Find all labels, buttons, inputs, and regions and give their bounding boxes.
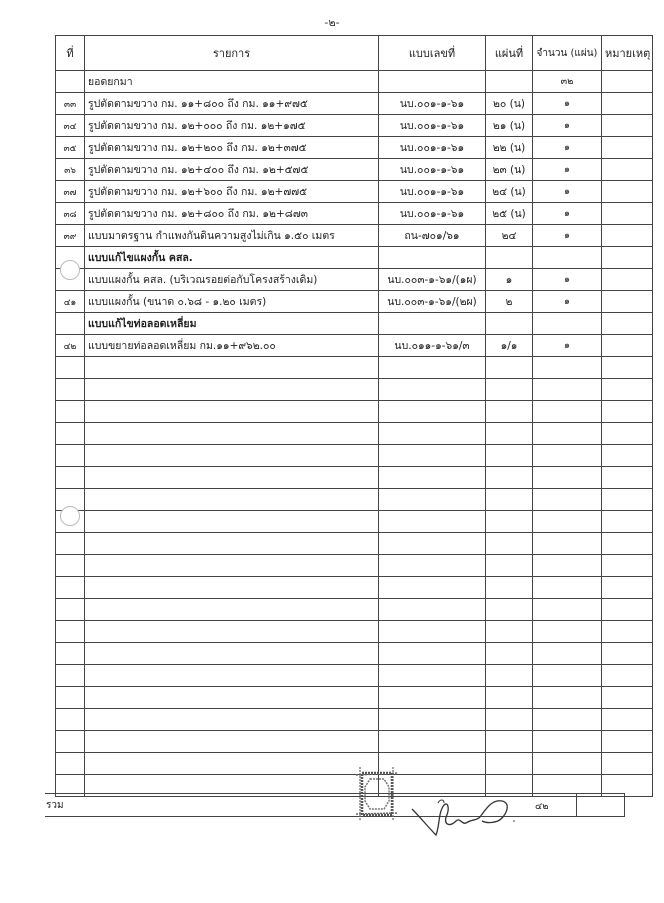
row-no: ๔๑ (56, 291, 85, 313)
blank-row (56, 555, 653, 577)
row-no: ๓๖ (56, 159, 85, 181)
row-quantity: ๑ (533, 203, 602, 225)
row-no: ๓๘ (56, 203, 85, 225)
blank-cell (602, 709, 653, 731)
blank-cell (486, 489, 533, 511)
blank-cell (486, 753, 533, 775)
signature (410, 795, 520, 840)
blank-cell (533, 467, 602, 489)
blank-cell (486, 599, 533, 621)
header-no: ที่ (56, 36, 85, 71)
row-quantity: ๑ (533, 335, 602, 357)
table-body: ยอดยกมา๓๒๓๓รูปตัดตามขวาง กม. ๑๑+๘๐๐ ถึง … (56, 71, 653, 797)
blank-cell (56, 731, 85, 753)
row-no: ๔๒ (56, 335, 85, 357)
row-remark (602, 93, 653, 115)
row-sheet-no (486, 71, 533, 93)
blank-cell (56, 467, 85, 489)
blank-row (56, 731, 653, 753)
row-sheet-no: ๒๔ (น) (486, 181, 533, 203)
blank-cell (602, 511, 653, 533)
row-plan-no (379, 71, 486, 93)
row-item: รูปตัดตามขวาง กม. ๑๑+๘๐๐ ถึง กม. ๑๑+๙๗๕ (85, 93, 379, 115)
row-sheet-no (486, 313, 533, 335)
blank-cell (486, 731, 533, 753)
blank-cell (85, 533, 379, 555)
blank-cell (379, 511, 486, 533)
blank-cell (486, 467, 533, 489)
blank-cell (533, 533, 602, 555)
blank-cell (379, 467, 486, 489)
blank-cell (602, 467, 653, 489)
row-sheet-no: ๑/๑ (486, 335, 533, 357)
blank-cell (486, 687, 533, 709)
blank-row (56, 599, 653, 621)
blank-cell (85, 445, 379, 467)
blank-cell (602, 423, 653, 445)
blank-cell (533, 687, 602, 709)
row-quantity (533, 313, 602, 335)
blank-cell (56, 533, 85, 555)
blank-cell (379, 709, 486, 731)
row-quantity: ๑ (533, 269, 602, 291)
row-item: ยอดยกมา (85, 71, 379, 93)
blank-cell (533, 577, 602, 599)
total-divider (624, 794, 625, 816)
blank-cell (533, 511, 602, 533)
blank-cell (602, 643, 653, 665)
blank-cell (533, 379, 602, 401)
row-plan-no: นบ.๐๐๑-๑-๖๑ (379, 93, 486, 115)
row-item: แบบแก้ไขแผงกั้น คสล. (85, 247, 379, 269)
blank-cell (533, 665, 602, 687)
row-quantity: ๓๒ (533, 71, 602, 93)
blank-cell (379, 731, 486, 753)
row-quantity: ๑ (533, 181, 602, 203)
blank-row (56, 445, 653, 467)
row-plan-no: นบ.๐๐๑-๑-๖๑ (379, 203, 486, 225)
row-remark (602, 203, 653, 225)
blank-row (56, 643, 653, 665)
blank-cell (85, 511, 379, 533)
row-plan-no: นบ.๐๐๑-๑-๖๑ (379, 159, 486, 181)
row-no: ๓๔ (56, 115, 85, 137)
total-label: รวม (46, 798, 64, 813)
blank-cell (379, 423, 486, 445)
blank-cell (533, 621, 602, 643)
blank-cell (602, 401, 653, 423)
blank-cell (56, 555, 85, 577)
blank-cell (379, 577, 486, 599)
blank-cell (379, 357, 486, 379)
blank-cell (533, 643, 602, 665)
table-row: ๓๓รูปตัดตามขวาง กม. ๑๑+๘๐๐ ถึง กม. ๑๑+๙๗… (56, 93, 653, 115)
blank-cell (379, 445, 486, 467)
row-remark (602, 247, 653, 269)
blank-row (56, 665, 653, 687)
row-plan-no (379, 313, 486, 335)
row-remark (602, 159, 653, 181)
row-item: แบบแก้ไขท่อลอดเหลี่ยม (85, 313, 379, 335)
row-remark (602, 71, 653, 93)
row-no (56, 313, 85, 335)
row-no: ๓๕ (56, 137, 85, 159)
blank-row (56, 379, 653, 401)
blank-cell (56, 423, 85, 445)
row-sheet-no: ๒ (486, 291, 533, 313)
blank-cell (56, 357, 85, 379)
blank-cell (533, 753, 602, 775)
blank-cell (486, 577, 533, 599)
blank-cell (533, 555, 602, 577)
header-sheet-no: แผ่นที่ (486, 36, 533, 71)
official-stamp-icon (356, 767, 398, 821)
blank-cell (56, 621, 85, 643)
blank-cell (85, 643, 379, 665)
table-header-row: ที่ รายการ แบบเลขที่ แผ่นที่ จำนวน (แผ่น… (56, 36, 653, 71)
blank-cell (85, 621, 379, 643)
blank-cell (486, 621, 533, 643)
row-item: รูปตัดตามขวาง กม. ๑๒+๐๐๐ ถึง กม. ๑๒+๑๗๕ (85, 115, 379, 137)
row-remark (602, 115, 653, 137)
blank-cell (85, 709, 379, 731)
table-row: ๓๗รูปตัดตามขวาง กม. ๑๒+๖๐๐ ถึง กม. ๑๒+๗๗… (56, 181, 653, 203)
blank-cell (533, 445, 602, 467)
blank-row (56, 423, 653, 445)
row-quantity: ๑ (533, 159, 602, 181)
blank-row (56, 621, 653, 643)
blank-cell (602, 577, 653, 599)
row-item: รูปตัดตามขวาง กม. ๑๒+๔๐๐ ถึง กม. ๑๒+๕๗๕ (85, 159, 379, 181)
blank-cell (379, 533, 486, 555)
blank-cell (85, 555, 379, 577)
blank-row (56, 709, 653, 731)
blank-row (56, 753, 653, 775)
punch-hole (60, 260, 80, 280)
row-sheet-no: ๒๔ (486, 225, 533, 247)
blank-cell (56, 577, 85, 599)
blank-cell (379, 643, 486, 665)
blank-cell (533, 731, 602, 753)
row-plan-no: นบ.๐๐๑-๑-๖๑ (379, 115, 486, 137)
blank-cell (486, 555, 533, 577)
row-item: รูปตัดตามขวาง กม. ๑๒+๘๐๐ ถึง กม. ๑๒+๘๗๓ (85, 203, 379, 225)
row-quantity: ๑ (533, 137, 602, 159)
row-sheet-no: ๒๕ (น) (486, 203, 533, 225)
blank-cell (486, 511, 533, 533)
row-item: แบบแผงกั้น คสล. (บริเวณรอยต่อกับโครงสร้า… (85, 269, 379, 291)
blank-cell (85, 599, 379, 621)
blank-cell (85, 489, 379, 511)
blank-cell (486, 533, 533, 555)
blank-row (56, 401, 653, 423)
blank-row (56, 533, 653, 555)
blank-cell (533, 599, 602, 621)
punch-hole (60, 506, 80, 526)
section-row: แบบแก้ไขแผงกั้น คสล. (56, 247, 653, 269)
blank-cell (533, 709, 602, 731)
blank-cell (85, 379, 379, 401)
blank-cell (85, 665, 379, 687)
row-quantity (533, 247, 602, 269)
blank-cell (602, 379, 653, 401)
blank-cell (533, 357, 602, 379)
blank-cell (379, 665, 486, 687)
row-item: แบบแผงกั้น (ขนาด ๐.๖๘ - ๑.๒๐ เมตร) (85, 291, 379, 313)
row-sheet-no: ๒๓ (น) (486, 159, 533, 181)
row-item: แบบขยายท่อลอดเหลี่ยม กม.๑๑+๙๖๒.๐๐ (85, 335, 379, 357)
blank-cell (56, 753, 85, 775)
table-row: ๓๕รูปตัดตามขวาง กม. ๑๒+๒๐๐ ถึง กม. ๑๒+๓๗… (56, 137, 653, 159)
row-no (56, 71, 85, 93)
drawing-list-table: ที่ รายการ แบบเลขที่ แผ่นที่ จำนวน (แผ่น… (55, 35, 653, 797)
blank-cell (602, 533, 653, 555)
table-row: ๓๖รูปตัดตามขวาง กม. ๑๒+๔๐๐ ถึง กม. ๑๒+๕๗… (56, 159, 653, 181)
row-remark (602, 291, 653, 313)
blank-cell (602, 357, 653, 379)
blank-cell (85, 357, 379, 379)
total-divider (576, 794, 577, 816)
blank-cell (85, 731, 379, 753)
blank-cell (602, 489, 653, 511)
blank-cell (56, 665, 85, 687)
blank-cell (486, 357, 533, 379)
blank-cell (533, 423, 602, 445)
row-remark (602, 225, 653, 247)
blank-cell (85, 687, 379, 709)
blank-row (56, 511, 653, 533)
row-quantity: ๑ (533, 225, 602, 247)
row-plan-no: นบ.๐๑๑-๑-๖๑/๓ (379, 335, 486, 357)
blank-cell (602, 621, 653, 643)
blank-cell (56, 643, 85, 665)
header-remark: หมายเหตุ (602, 36, 653, 71)
blank-cell (85, 467, 379, 489)
section-row: แบบแก้ไขท่อลอดเหลี่ยม (56, 313, 653, 335)
table-row: ยอดยกมา๓๒ (56, 71, 653, 93)
blank-row (56, 467, 653, 489)
table-row: ๔๒แบบขยายท่อลอดเหลี่ยม กม.๑๑+๙๖๒.๐๐นบ.๐๑… (56, 335, 653, 357)
blank-row (56, 687, 653, 709)
blank-cell (602, 731, 653, 753)
row-remark (602, 313, 653, 335)
blank-cell (602, 687, 653, 709)
row-remark (602, 181, 653, 203)
row-quantity: ๑ (533, 115, 602, 137)
row-no: ๓๓ (56, 93, 85, 115)
row-quantity: ๑ (533, 93, 602, 115)
row-sheet-no (486, 247, 533, 269)
row-no: ๓๙ (56, 225, 85, 247)
blank-cell (379, 489, 486, 511)
blank-cell (602, 665, 653, 687)
blank-row (56, 577, 653, 599)
blank-cell (56, 401, 85, 423)
header-plan-no: แบบเลขที่ (379, 36, 486, 71)
table-row: แบบแผงกั้น คสล. (บริเวณรอยต่อกับโครงสร้า… (56, 269, 653, 291)
row-item: รูปตัดตามขวาง กม. ๑๒+๒๐๐ ถึง กม. ๑๒+๓๗๕ (85, 137, 379, 159)
blank-cell (85, 577, 379, 599)
table-row: ๓๘รูปตัดตามขวาง กม. ๑๒+๘๐๐ ถึง กม. ๑๒+๘๗… (56, 203, 653, 225)
row-sheet-no: ๑ (486, 269, 533, 291)
row-sheet-no: ๒๒ (น) (486, 137, 533, 159)
row-plan-no: ถน-๗๐๑/๖๑ (379, 225, 486, 247)
row-quantity: ๑ (533, 291, 602, 313)
blank-cell (602, 753, 653, 775)
blank-cell (602, 445, 653, 467)
row-no: ๓๗ (56, 181, 85, 203)
row-plan-no (379, 247, 486, 269)
blank-cell (602, 599, 653, 621)
blank-cell (56, 599, 85, 621)
row-item: แบบมาตรฐาน กำแพงกันดินความสูงไม่เกิน ๑.๕… (85, 225, 379, 247)
blank-cell (56, 445, 85, 467)
row-plan-no: นบ.๐๐๓-๑-๖๑/(๒ผ) (379, 291, 486, 313)
row-item: รูปตัดตามขวาง กม. ๑๒+๖๐๐ ถึง กม. ๑๒+๗๗๕ (85, 181, 379, 203)
blank-cell (602, 555, 653, 577)
blank-row (56, 489, 653, 511)
blank-cell (379, 555, 486, 577)
blank-cell (379, 599, 486, 621)
blank-cell (56, 709, 85, 731)
total-row: รวม ๔๒ (45, 793, 625, 817)
row-remark (602, 335, 653, 357)
page-number: -๒- (0, 13, 664, 31)
total-quantity: ๔๒ (535, 799, 548, 814)
row-remark (602, 137, 653, 159)
blank-cell (486, 445, 533, 467)
blank-cell (379, 401, 486, 423)
row-remark (602, 269, 653, 291)
blank-cell (379, 379, 486, 401)
blank-cell (486, 423, 533, 445)
blank-cell (533, 489, 602, 511)
row-plan-no: นบ.๐๐๑-๑-๖๑ (379, 137, 486, 159)
blank-cell (56, 379, 85, 401)
blank-cell (486, 643, 533, 665)
blank-cell (85, 753, 379, 775)
row-sheet-no: ๒๐ (น) (486, 93, 533, 115)
blank-cell (56, 687, 85, 709)
blank-cell (379, 621, 486, 643)
row-plan-no: นบ.๐๐๓-๑-๖๑/(๑ผ) (379, 269, 486, 291)
table-row: ๔๑แบบแผงกั้น (ขนาด ๐.๖๘ - ๑.๒๐ เมตร)นบ.๐… (56, 291, 653, 313)
blank-cell (486, 709, 533, 731)
blank-cell (533, 401, 602, 423)
blank-cell (379, 687, 486, 709)
blank-cell (85, 423, 379, 445)
row-plan-no: นบ.๐๐๑-๑-๖๑ (379, 181, 486, 203)
row-sheet-no: ๒๑ (น) (486, 115, 533, 137)
blank-cell (486, 665, 533, 687)
blank-row (56, 357, 653, 379)
blank-cell (486, 401, 533, 423)
header-quantity: จำนวน (แผ่น) (533, 36, 602, 71)
blank-cell (486, 379, 533, 401)
header-item: รายการ (85, 36, 379, 71)
blank-cell (85, 401, 379, 423)
table-row: ๓๙แบบมาตรฐาน กำแพงกันดินความสูงไม่เกิน ๑… (56, 225, 653, 247)
table-row: ๓๔รูปตัดตามขวาง กม. ๑๒+๐๐๐ ถึง กม. ๑๒+๑๗… (56, 115, 653, 137)
